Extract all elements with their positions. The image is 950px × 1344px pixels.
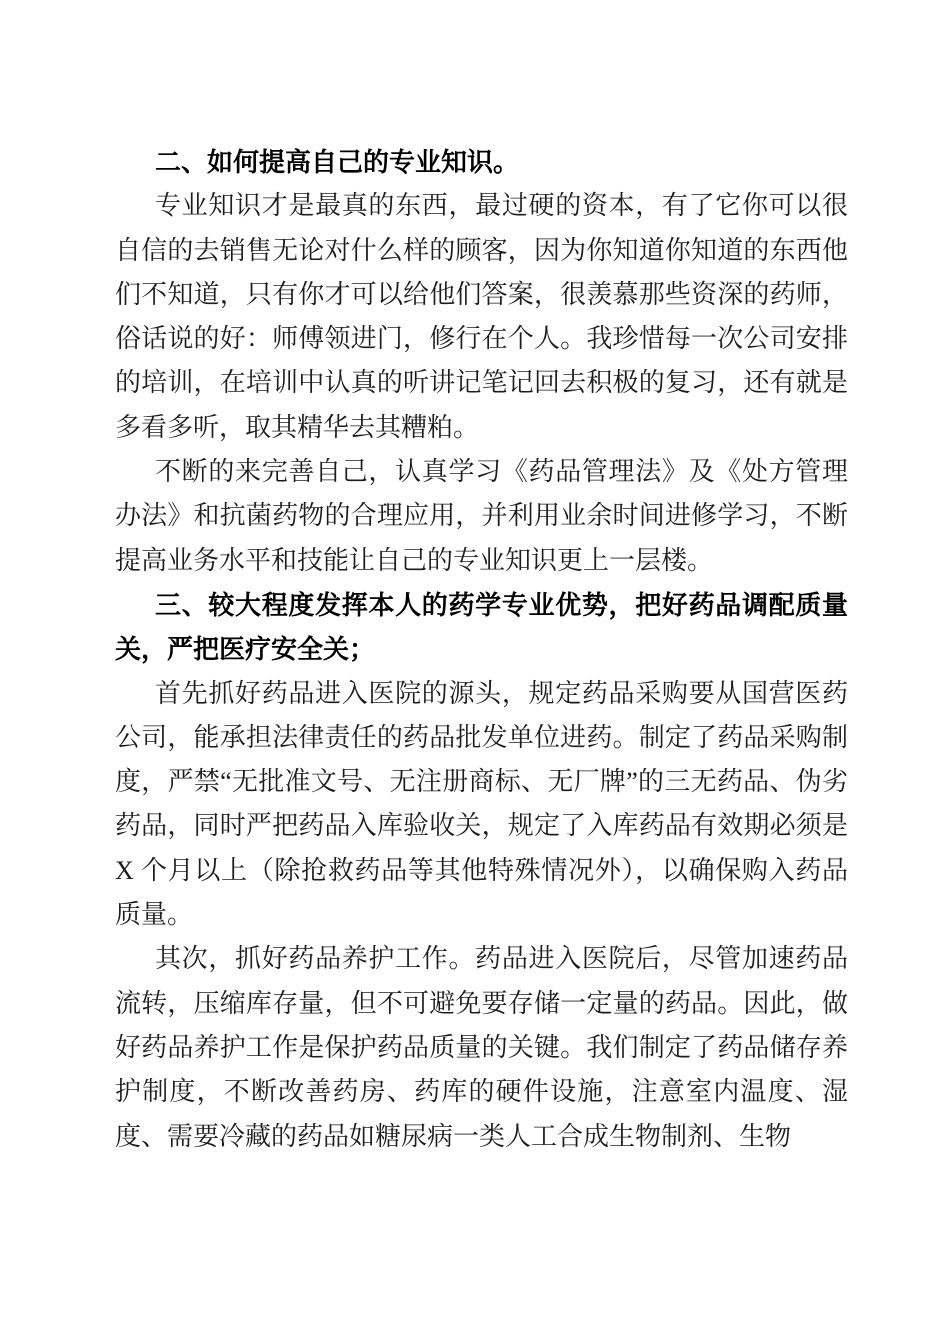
section-heading-3: 三、较大程度发挥本人的药学专业优势，把好药品调配质量关，严把医疗安全关； [115, 583, 848, 672]
paragraph-professional-knowledge: 专业知识才是最真的东西，最过硬的资本，有了它你可以很自信的去销售无论对什么样的顾… [115, 184, 848, 450]
document-page: 二、如何提高自己的专业知识。 专业知识才是最真的东西，最过硬的资本，有了它你可以… [0, 0, 950, 1344]
paragraph-drug-procurement: 首先抓好药品进入医院的源头，规定药品采购要从国营医药公司，能承担法律责任的药品批… [115, 672, 848, 938]
section-heading-2: 二、如何提高自己的专业知识。 [115, 140, 848, 184]
paragraph-self-improvement: 不断的来完善自己，认真学习《药品管理法》及《处方管理办法》和抗菌药物的合理应用，… [115, 450, 848, 583]
paragraph-drug-maintenance: 其次，抓好药品养护工作。药品进入医院后，尽管加速药品流转，压缩库存量，但不可避免… [115, 937, 848, 1158]
